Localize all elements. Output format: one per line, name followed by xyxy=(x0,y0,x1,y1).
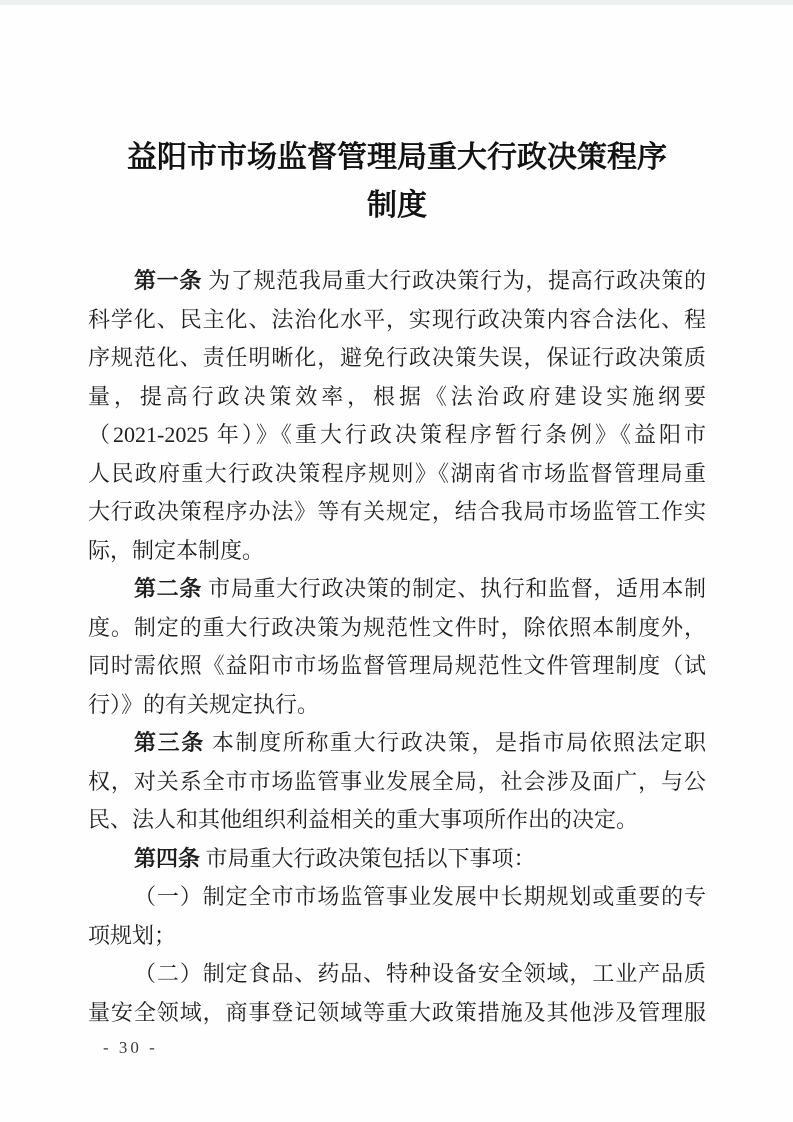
page-number: - 30 - xyxy=(103,1036,158,1060)
text-line: 量，提高行政决策效率，根据《法治政府建设实施纲要 xyxy=(88,378,706,417)
text-line: 科学化、民主化、法治化水平，实现行政决策内容合法化、程 xyxy=(88,301,706,340)
article-line: 第二条 市局重大行政决策的制定、执行和监督，适用本制 xyxy=(88,570,706,609)
article-number: 第一条 xyxy=(134,268,202,293)
title-line-1: 益阳市市场监督管理局重大行政决策程序 xyxy=(88,134,706,182)
text-line: 行）》的有关规定执行。 xyxy=(88,686,706,725)
text-line: 项规划； xyxy=(88,917,706,956)
article-line: 第四条 市局重大行政决策包括以下事项： xyxy=(88,840,706,879)
text-line: 权，对关系全市市场监管事业发展全局，社会涉及面广，与公 xyxy=(88,763,706,802)
text-line: （二）制定食品、药品、特种设备安全领域，工业产品质 xyxy=(88,955,706,994)
article-number: 第四条 xyxy=(134,846,200,871)
document-body: 第一条 为了规范我局重大行政决策行为，提高行政决策的科学化、民主化、法治化水平，… xyxy=(88,262,706,1032)
article-line: 第三条 本制度所称重大行政决策，是指市局依照法定职 xyxy=(88,724,706,763)
text-line: 同时需依照《益阳市市场监督管理局规范性文件管理制度（试 xyxy=(88,647,706,686)
text-line: 大行政决策程序办法》等有关规定，结合我局市场监管工作实 xyxy=(88,493,706,532)
article-number: 第三条 xyxy=(134,730,205,755)
text-line: 量安全领域，商事登记领域等重大政策措施及其他涉及管理服 xyxy=(88,994,706,1033)
document-title: 益阳市市场监督管理局重大行政决策程序 制度 xyxy=(88,134,706,230)
text-line: 序规范化、责任明晰化，避免行政决策失误，保证行政决策质 xyxy=(88,339,706,378)
text-line: （2021-2025 年）》《重大行政决策程序暂行条例》《益阳市 xyxy=(88,416,706,455)
article-line: 第一条 为了规范我局重大行政决策行为，提高行政决策的 xyxy=(88,262,706,301)
text-line: （一）制定全市市场监管事业发展中长期规划或重要的专 xyxy=(88,878,706,917)
text-line: 度。制定的重大行政决策为规范性文件时，除依照本制度外， xyxy=(88,609,706,648)
text-line: 际，制定本制度。 xyxy=(88,532,706,571)
title-line-2: 制度 xyxy=(88,182,706,230)
article-number: 第二条 xyxy=(134,576,202,601)
scan-edge-artifact xyxy=(0,0,793,5)
text-line: 人民政府重大行政决策程序规则》《湖南省市场监督管理局重 xyxy=(88,455,706,494)
document-page: 益阳市市场监督管理局重大行政决策程序 制度 第一条 为了规范我局重大行政决策行为… xyxy=(0,0,793,1122)
text-line: 民、法人和其他组织利益相关的重大事项所作出的决定。 xyxy=(88,801,706,840)
